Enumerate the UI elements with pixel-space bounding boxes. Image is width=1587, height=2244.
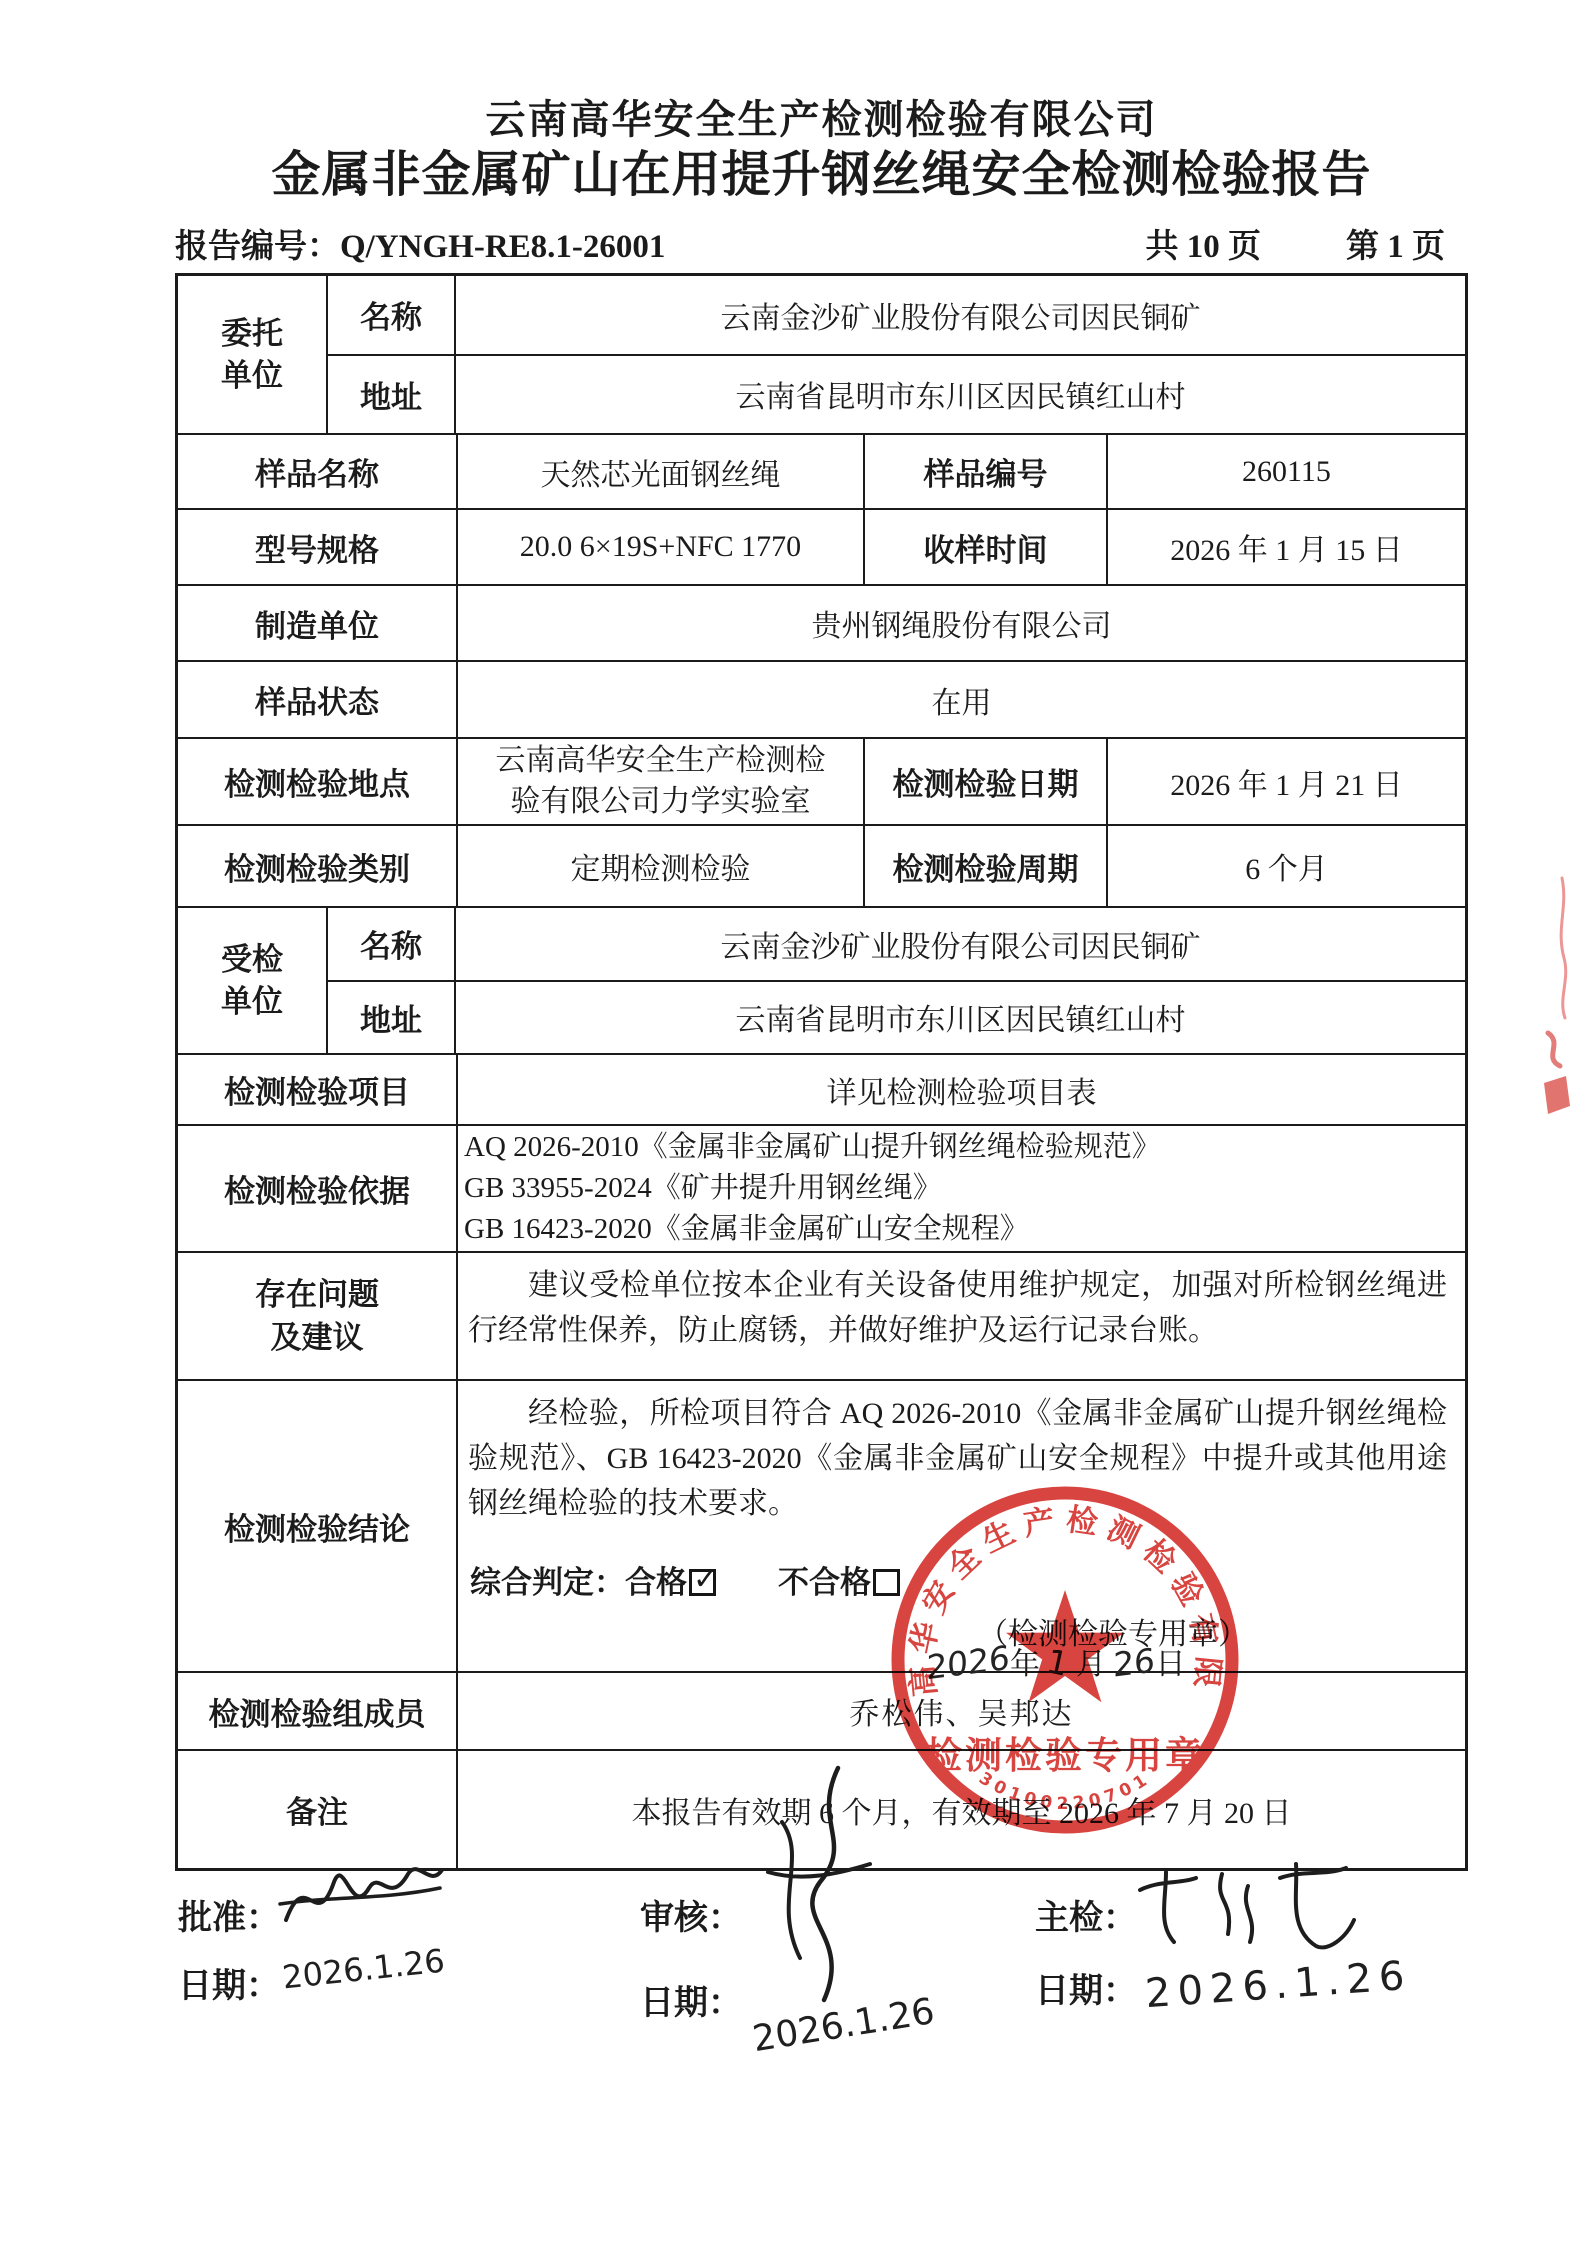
cycle-value: 6 个月 [1108, 826, 1465, 906]
client-group-label: 委托单位 [178, 276, 328, 433]
sample-no-label: 样品编号 [865, 435, 1108, 508]
manufacturer-value: 贵州钢绳股份有限公司 [458, 586, 1465, 660]
pass-checkbox: ✓ [689, 1569, 716, 1596]
page-title: 金属非金属矿山在用提升钢丝绳安全检测检验报告 [175, 136, 1468, 206]
table-row-category: 检测检验类别 定期检测检验 检测检验周期 6 个月 [178, 826, 1465, 908]
inspected-name-value: 云南金沙矿业股份有限公司因民铜矿 [456, 908, 1465, 980]
basis-line-1: AQ 2026-2010《金属非金属矿山提升钢丝绳检验规范》 [464, 1131, 1161, 1163]
table-row-manufacturer: 制造单位 贵州钢绳股份有限公司 [178, 586, 1465, 662]
conclusion-text: 经检验，所检项目符合 AQ 2026-2010《金属非金属矿山提升钢丝绳检验规范… [458, 1381, 1465, 1526]
problems-label: 存在问题 及建议 [178, 1253, 458, 1379]
judgement-line: 综合判定：合格✓不合格 [470, 1557, 900, 1602]
table-row-client: 委托单位 名称 云南金沙矿业股份有限公司因民铜矿 地址 云南省昆明市东川区因民镇… [178, 276, 1465, 435]
insp-date-label: 检测检验日期 [865, 739, 1108, 824]
client-addr-value: 云南省昆明市东川区因民镇红山村 [456, 356, 1465, 434]
received-value: 2026 年 1 月 15 日 [1108, 510, 1465, 584]
basis-label: 检测检验依据 [178, 1126, 458, 1251]
scanned-report-page: 云南高华安全生产检测检验有限公司 金属非金属矿山在用提升钢丝绳安全检测检验报告 … [0, 0, 1587, 2244]
review-date-label: 日期： [640, 1975, 742, 2024]
category-label: 检测检验类别 [178, 826, 458, 906]
review-label: 审核： [640, 1890, 742, 1939]
fail-checkbox [873, 1569, 900, 1596]
handwritten-month: 1 [1044, 1641, 1073, 1684]
approve-date-label: 日期： [178, 1958, 280, 2007]
category-value: 定期检测检验 [458, 826, 865, 906]
client-addr-label: 地址 [328, 356, 456, 434]
sample-name-value: 天然芯光面钢丝绳 [458, 435, 865, 508]
basis-value: AQ 2026-2010《金属非金属矿山提升钢丝绳检验规范》 GB 33955-… [458, 1126, 1465, 1251]
table-row-inspected: 受检单位 名称 云南金沙矿业股份有限公司因民铜矿 地址 云南省昆明市东川区因民镇… [178, 908, 1465, 1055]
page-current: 第 1 页 [1346, 220, 1445, 267]
sample-name-label: 样品名称 [178, 435, 458, 508]
problems-value: 建议受检单位按本企业有关设备使用维护规定，加强对所检钢丝绳进行经常性保养，防止腐… [458, 1253, 1465, 1379]
chief-label: 主检： [1035, 1890, 1137, 1939]
client-name-label: 名称 [328, 276, 456, 354]
table-row-problems: 存在问题 及建议 建议受检单位按本企业有关设备使用维护规定，加强对所检钢丝绳进行… [178, 1253, 1465, 1381]
approve-date: 2026.1.26 [280, 1942, 446, 1997]
table-row-team: 检测检验组成员 乔松伟、吴邦达 [178, 1673, 1465, 1751]
inspected-addr-row: 地址 云南省昆明市东川区因民镇红山村 [328, 982, 1465, 1054]
check-mark-icon: ✓ [693, 1562, 718, 1597]
inspected-addr-label: 地址 [328, 982, 456, 1054]
sample-state-label: 样品状态 [178, 662, 458, 737]
location-value: 云南高华安全生产检测检验有限公司力学实验室 [458, 739, 865, 824]
review-date: 2026.1.26 [750, 1991, 937, 2060]
conclusion-label: 检测检验结论 [178, 1381, 458, 1671]
items-label: 检测检验项目 [178, 1055, 458, 1124]
basis-line-2: GB 33955-2024《矿井提升用钢丝绳》 [464, 1172, 942, 1204]
table-row-sample: 样品名称 天然芯光面钢丝绳 样品编号 260115 [178, 435, 1465, 510]
inspected-group-label: 受检单位 [178, 908, 328, 1053]
table-row-location: 检测检验地点 云南高华安全生产检测检验有限公司力学实验室 检测检验日期 2026… [178, 739, 1465, 826]
inspected-addr-value: 云南省昆明市东川区因民镇红山村 [456, 982, 1465, 1054]
sample-no-value: 260115 [1108, 435, 1465, 508]
received-label: 收样时间 [865, 510, 1108, 584]
seal-date-line: 2026年 1 月 26日 [926, 1639, 1185, 1683]
report-table: 委托单位 名称 云南金沙矿业股份有限公司因民铜矿 地址 云南省昆明市东川区因民镇… [175, 273, 1468, 1871]
team-value: 乔松伟、吴邦达 [458, 1673, 1465, 1749]
client-name-value: 云南金沙矿业股份有限公司因民铜矿 [456, 276, 1465, 354]
inspected-name-row: 名称 云南金沙矿业股份有限公司因民铜矿 [328, 908, 1465, 982]
manufacturer-label: 制造单位 [178, 586, 458, 660]
sample-state-value: 在用 [458, 662, 1465, 737]
client-addr-row: 地址 云南省昆明市东川区因民镇红山村 [328, 356, 1465, 434]
team-label: 检测检验组成员 [178, 1673, 458, 1749]
report-number: 报告编号：Q/YNGH-RE8.1-26001 [175, 220, 665, 267]
approve-label: 批准： [178, 1890, 280, 1939]
table-row-model: 型号规格 20.0 6×19S+NFC 1770 收样时间 2026 年 1 月… [178, 510, 1465, 586]
report-meta-line: 报告编号：Q/YNGH-RE8.1-26001 共 10 页 第 1 页 [175, 220, 1445, 267]
table-row-basis: 检测检验依据 AQ 2026-2010《金属非金属矿山提升钢丝绳检验规范》 GB… [178, 1126, 1465, 1253]
pages-total: 共 10 页 [1146, 220, 1262, 267]
model-label: 型号规格 [178, 510, 458, 584]
model-value: 20.0 6×19S+NFC 1770 [458, 510, 865, 584]
red-edge-marks-icon [1518, 868, 1587, 1148]
conclusion-cell: 经检验，所检项目符合 AQ 2026-2010《金属非金属矿山提升钢丝绳检验规范… [458, 1381, 1465, 1671]
client-name-row: 名称 云南金沙矿业股份有限公司因民铜矿 [328, 276, 1465, 356]
location-label: 检测检验地点 [178, 739, 458, 824]
chief-date-label: 日期： [1035, 1963, 1137, 2012]
cycle-label: 检测检验周期 [865, 826, 1108, 906]
table-row-items: 检测检验项目 详见检测检验项目表 [178, 1055, 1465, 1126]
table-row-sample-state: 样品状态 在用 [178, 662, 1465, 739]
remark-value: 本报告有效期 6 个月，有效期至 2026 年 7 月 20 日 [458, 1751, 1465, 1868]
inspected-name-label: 名称 [328, 908, 456, 980]
table-row-remark: 备注 本报告有效期 6 个月，有效期至 2026 年 7 月 20 日 [178, 1751, 1465, 1868]
items-value: 详见检测检验项目表 [458, 1055, 1465, 1124]
table-row-conclusion: 检测检验结论 经检验，所检项目符合 AQ 2026-2010《金属非金属矿山提升… [178, 1381, 1465, 1673]
remark-label: 备注 [178, 1751, 458, 1868]
handwritten-year: 2026 [926, 1638, 1009, 1688]
chief-date: 2026.1.26 [1144, 1953, 1413, 2017]
basis-line-3: GB 16423-2020《金属非金属矿山安全规程》 [464, 1213, 1029, 1245]
handwritten-day: 26 [1114, 1640, 1156, 1684]
insp-date-value: 2026 年 1 月 21 日 [1108, 739, 1465, 824]
